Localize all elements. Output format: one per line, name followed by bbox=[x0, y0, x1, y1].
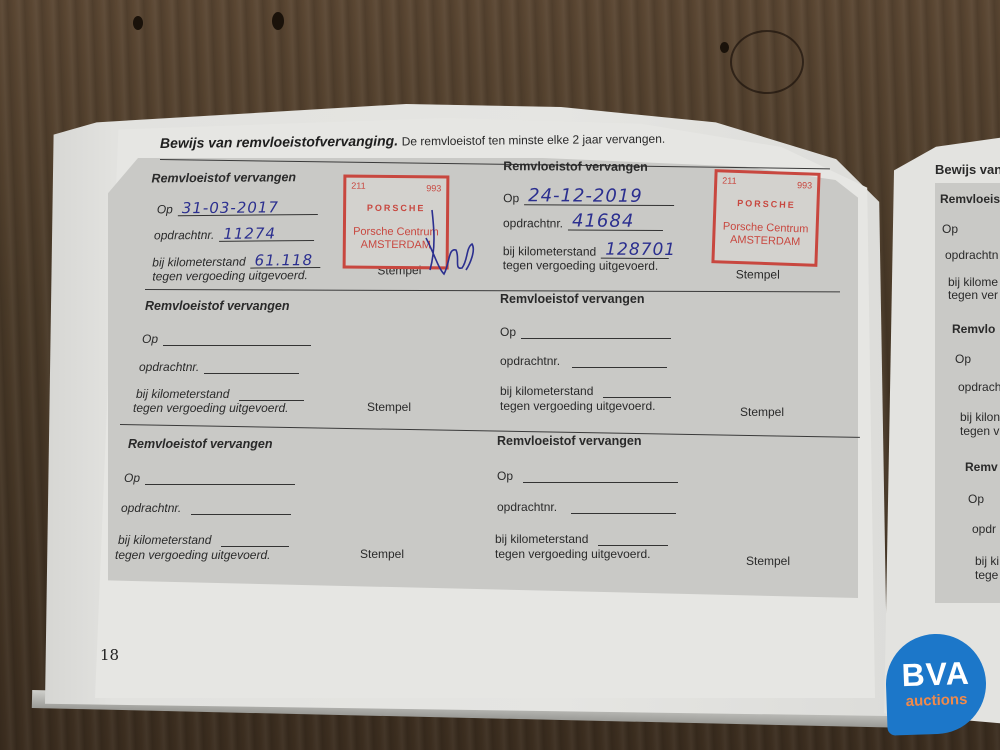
order-label: opdrachtnr. bbox=[139, 360, 199, 374]
right-km-2: bij kilon bbox=[960, 410, 1000, 424]
right-km-3: bij ki bbox=[975, 554, 999, 568]
entry-block-6: Remvloeistof vervangen Op opdrachtnr. bi… bbox=[497, 434, 827, 559]
entry-heading: Remvloeistof vervangen bbox=[500, 292, 645, 306]
right-page-content: Bewijs van Remvloeis Op opdrachtn bij ki… bbox=[930, 150, 1000, 610]
order-field[interactable] bbox=[571, 502, 676, 514]
stamp-number-left: 211 bbox=[722, 175, 737, 185]
order-label: opdrachtnr. bbox=[500, 354, 560, 368]
order-field[interactable] bbox=[572, 356, 667, 368]
title-bold: Bewijs van remvloeistofvervanging. bbox=[160, 133, 398, 151]
date-label: Op bbox=[497, 469, 513, 483]
order-label: opdrachtnr. bbox=[503, 216, 563, 230]
entry-heading: Remvloeistof vervangen bbox=[128, 437, 273, 451]
stamp-city: AMSTERDAM bbox=[715, 233, 815, 248]
km-label: bij kilometerstand bbox=[503, 244, 596, 258]
wood-knot bbox=[272, 12, 284, 30]
km-field[interactable] bbox=[239, 389, 304, 401]
stamp-number-right: 993 bbox=[426, 183, 441, 193]
stamp-label: Stempel bbox=[360, 547, 404, 561]
right-heading-3: Remv bbox=[965, 460, 998, 474]
performed-text: tegen vergoeding uitgevoerd. bbox=[133, 401, 288, 415]
performed-text: tegen vergoeding uitgevoerd. bbox=[115, 548, 270, 562]
date-field[interactable] bbox=[145, 473, 295, 485]
right-op-2: Op bbox=[955, 352, 971, 366]
order-label: opdrachtnr. bbox=[497, 500, 557, 514]
date-field[interactable] bbox=[163, 334, 311, 346]
order-value: 11274 bbox=[223, 224, 276, 242]
performed-text: tegen vergoeding uitgevoerd. bbox=[500, 399, 655, 413]
order-label: opdrachtnr. bbox=[154, 228, 214, 243]
km-field[interactable] bbox=[598, 534, 668, 546]
date-label: Op bbox=[500, 325, 516, 339]
km-field[interactable]: 128701 bbox=[601, 247, 669, 259]
km-label: bij kilometerstand bbox=[152, 255, 245, 270]
km-value: 61.118 bbox=[255, 251, 314, 270]
right-order-1: opdrachtn bbox=[945, 248, 998, 262]
stamp-label: Stempel bbox=[740, 405, 784, 419]
right-heading-2: Remvlo bbox=[952, 322, 995, 336]
date-label: Op bbox=[124, 471, 140, 485]
dealer-stamp: 211 993 PORSCHE Porsche Centrum AMSTERDA… bbox=[711, 169, 820, 267]
date-field[interactable]: 24-12-2019 bbox=[524, 193, 674, 206]
date-value: 31-03-2017 bbox=[182, 198, 279, 217]
right-perf-3: tege bbox=[975, 568, 998, 582]
km-label: bij kilometerstand bbox=[500, 384, 593, 398]
entry-block-5: Remvloeistof vervangen Op opdrachtnr. bi… bbox=[128, 437, 458, 562]
right-km-1: bij kilome bbox=[948, 275, 998, 289]
km-label: bij kilometerstand bbox=[118, 533, 211, 547]
right-op-3: Op bbox=[968, 492, 984, 506]
right-order-3: opdr bbox=[972, 522, 996, 536]
order-field[interactable] bbox=[191, 503, 291, 515]
entry-heading: Remvloeistof vervangen bbox=[497, 434, 642, 448]
bva-logo-subtext: auctions bbox=[886, 690, 987, 710]
entry-block-4: Remvloeistof vervangen Op opdrachtnr. bi… bbox=[500, 292, 830, 417]
wood-knot bbox=[133, 16, 143, 30]
bva-logo-text: BVA bbox=[885, 654, 986, 694]
stamp-label: Stempel bbox=[746, 554, 790, 568]
stamp-label: Stempel bbox=[736, 267, 780, 281]
km-value: 128701 bbox=[605, 240, 676, 260]
stamp-label: Stempel bbox=[367, 400, 411, 414]
right-perf-2: tegen v bbox=[960, 424, 999, 438]
page-number: 18 bbox=[100, 646, 119, 664]
performed-text: tegen vergoeding uitgevoerd. bbox=[495, 547, 650, 561]
date-field[interactable] bbox=[523, 471, 678, 483]
date-label: Op bbox=[503, 191, 519, 205]
order-field[interactable]: 11274 bbox=[219, 229, 314, 242]
entry-block-3: Remvloeistof vervangen Op opdrachtnr. bi… bbox=[145, 299, 475, 424]
entry-heading: Remvloeistof vervangen bbox=[145, 299, 290, 313]
km-field[interactable]: 61.118 bbox=[251, 256, 321, 269]
right-heading-1: Remvloeis bbox=[940, 192, 1000, 206]
stamp-brand: PORSCHE bbox=[716, 197, 816, 210]
title-subtitle: De remvloeistof ten minste elke 2 jaar v… bbox=[402, 132, 666, 149]
order-field[interactable]: 41684 bbox=[568, 218, 663, 230]
km-label: bij kilometerstand bbox=[495, 532, 588, 546]
date-field[interactable] bbox=[521, 327, 671, 339]
wood-knot bbox=[720, 42, 729, 53]
stamp-number-left: 211 bbox=[351, 181, 365, 191]
performed-text: tegen vergoeding uitgevoerd. bbox=[152, 268, 308, 283]
km-field[interactable] bbox=[603, 386, 671, 398]
right-perf-1: tegen ver bbox=[948, 288, 998, 302]
entry-heading: Remvloeistof vervangen bbox=[503, 159, 648, 174]
km-label: bij kilometerstand bbox=[136, 387, 229, 401]
order-field[interactable] bbox=[204, 362, 299, 374]
date-label: Op bbox=[157, 202, 173, 216]
order-label: opdrachtnr. bbox=[121, 501, 181, 515]
order-value: 41684 bbox=[572, 210, 634, 231]
km-field[interactable] bbox=[221, 535, 289, 547]
entry-heading: Remvloeistof vervangen bbox=[151, 170, 296, 185]
performed-text: tegen vergoeding uitgevoerd. bbox=[503, 258, 659, 273]
right-order-2: opdrach bbox=[958, 380, 1000, 394]
date-value: 24-12-2019 bbox=[528, 185, 643, 207]
date-field[interactable]: 31-03-2017 bbox=[178, 203, 318, 216]
signature-scribble bbox=[420, 208, 480, 278]
stamp-number-right: 993 bbox=[797, 180, 812, 191]
right-op-1: Op bbox=[942, 222, 958, 236]
date-label: Op bbox=[142, 332, 158, 346]
right-page-title: Bewijs van bbox=[935, 162, 1000, 177]
wood-ring bbox=[730, 30, 804, 94]
